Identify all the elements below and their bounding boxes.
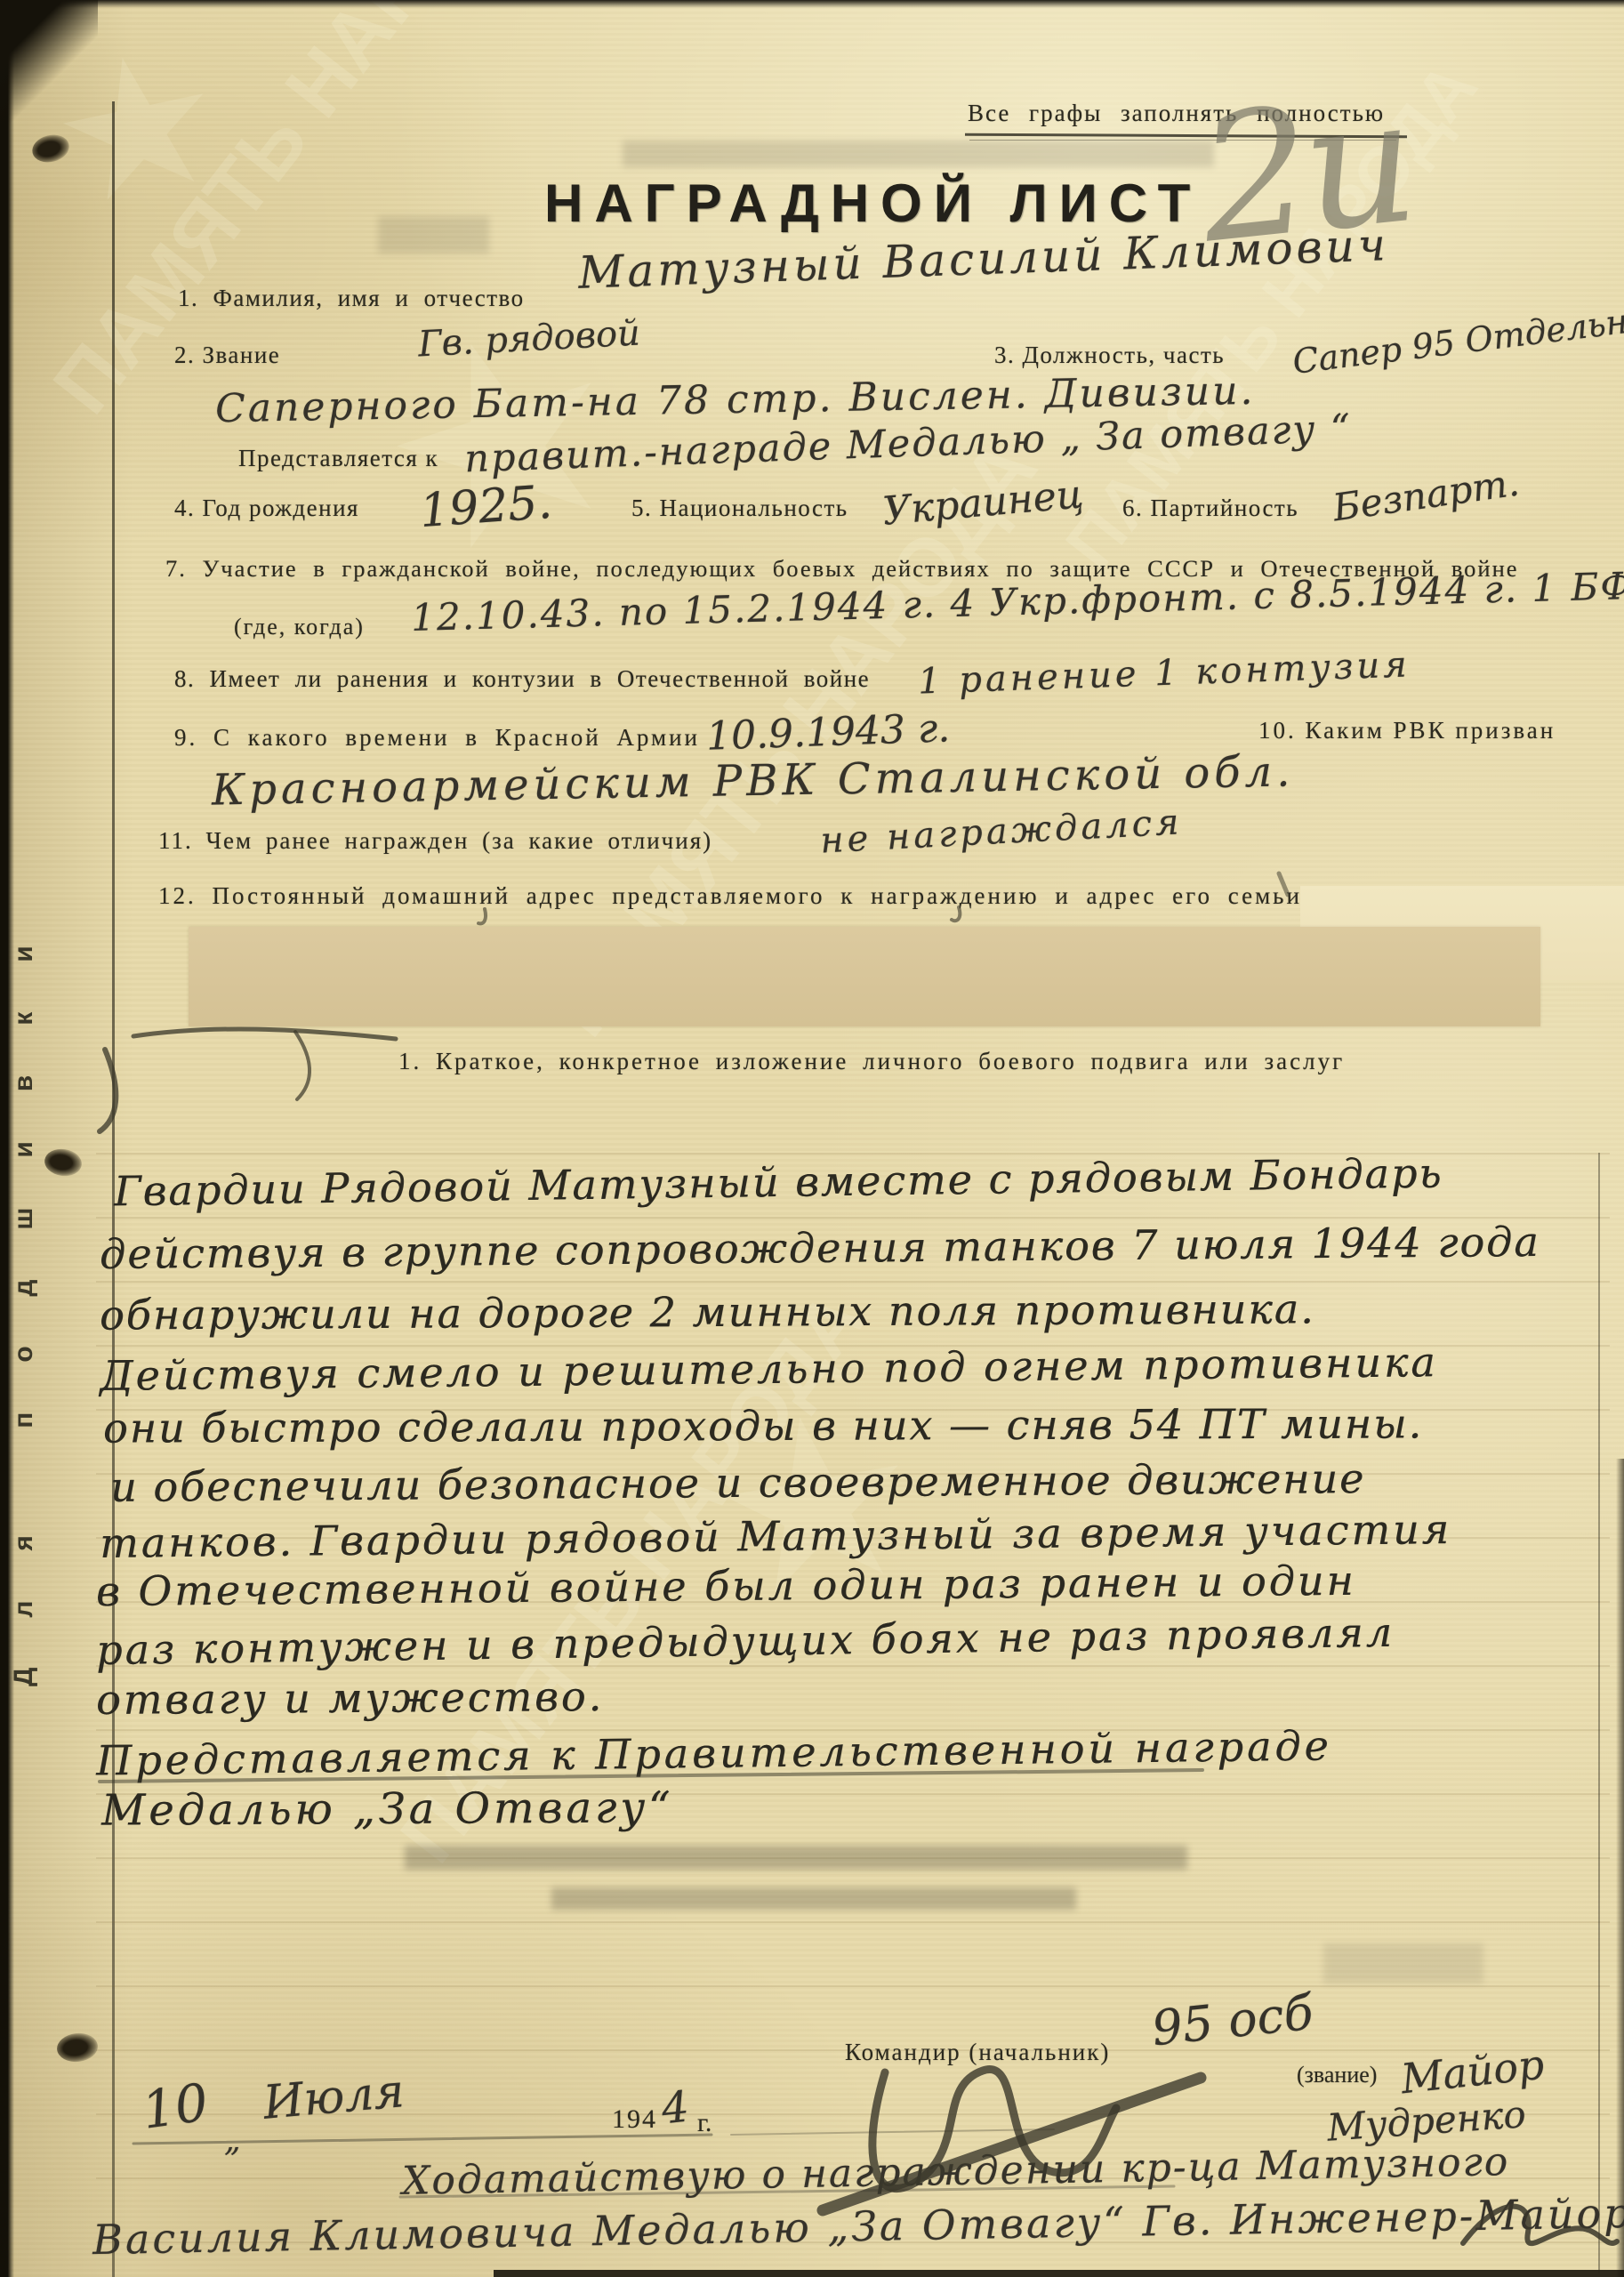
- handwriting-underline: [100, 1770, 1202, 1782]
- date-underline: [133, 2135, 712, 2144]
- pencil-tick: [1279, 873, 1288, 895]
- ink-strokes-layer: [0, 0, 1624, 2277]
- petition-underline: [400, 2186, 1174, 2197]
- stray-stroke: [478, 909, 486, 923]
- stray-stroke: [295, 1032, 310, 1099]
- date-underline: [731, 2129, 1054, 2135]
- stray-stroke: [100, 1050, 116, 1131]
- stray-stroke: [952, 907, 960, 921]
- commander-signature: [872, 2070, 1116, 2189]
- clerk-signature: [1463, 2207, 1617, 2244]
- stray-stroke: [133, 1029, 396, 1039]
- award-sheet-document: ★ ★ ★ ПАМЯТЬ НАРОДА ПАМЯТЬ НАРОДА ПАМЯТЬ…: [0, 0, 1624, 2277]
